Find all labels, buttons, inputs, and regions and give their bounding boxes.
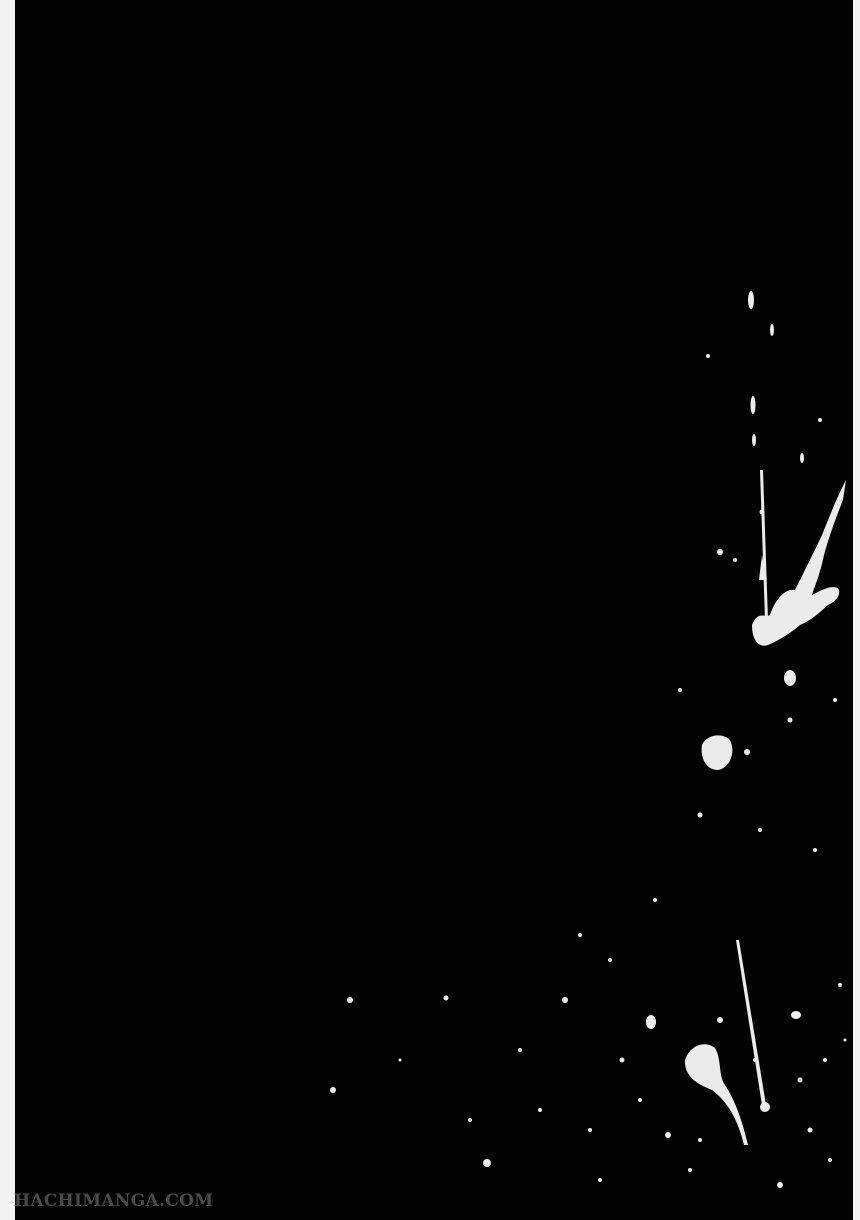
- ink-splatter-art: [0, 0, 860, 1220]
- site-watermark: HACHIMANGA.COM: [14, 1191, 213, 1211]
